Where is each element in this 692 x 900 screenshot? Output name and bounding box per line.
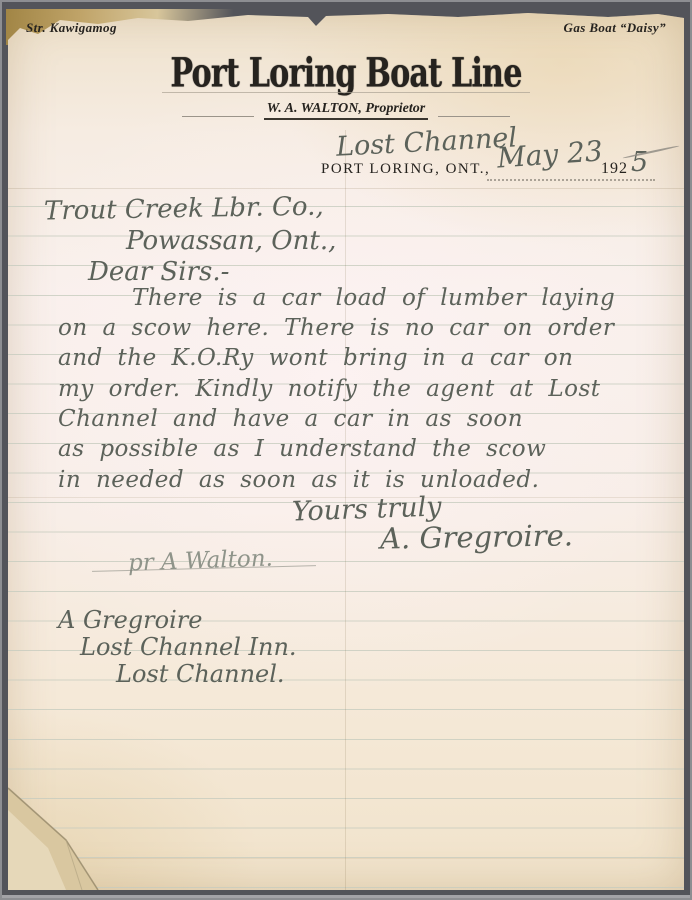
printed-place-line: PORT LORING, ONT.,: [321, 161, 490, 178]
letterhead-vessel-left: Str. Kawigamog: [26, 20, 117, 36]
printed-year-prefix: 192: [601, 160, 628, 178]
scanned-letter-page: Str. Kawigamog Gas Boat “Daisy” Port Lor…: [0, 0, 692, 900]
body-line-2: on a scow here. There is no car on order: [58, 315, 674, 341]
proprietor-rule-left: [182, 116, 254, 117]
letter-content: Str. Kawigamog Gas Boat “Daisy” Port Lor…: [0, 0, 692, 900]
body-line-3: and the K.O.Ry wont bring in a car on: [58, 345, 674, 371]
countersignature-walton: pr A Walton.: [128, 545, 274, 576]
letterhead-vessel-right: Gas Boat “Daisy”: [564, 20, 666, 36]
body-line-6: as possible as I understand the scow: [58, 436, 674, 462]
proprietor-rule-right: [438, 116, 510, 117]
proprietor-row: W. A. WALTON, Proprietor: [0, 101, 692, 120]
body-line-5: Channel and have a car in as soon: [58, 406, 674, 432]
signature-gregroire: A. Gregroire.: [380, 518, 574, 555]
notation-place: Lost Channel.: [116, 660, 285, 688]
notation-inn: Lost Channel Inn.: [80, 633, 297, 661]
body-line-4: my order. Kindly notify the agent at Los…: [58, 376, 674, 402]
company-name: Port Loring Boat Line: [55, 49, 636, 96]
proprietor-line: W. A. WALTON, Proprietor: [264, 101, 428, 120]
handwritten-place: Lost Channel: [335, 122, 517, 162]
masthead-rule: [162, 92, 530, 93]
notation-name: A Gregroire: [58, 606, 202, 634]
body-line-1: There is a car load of lumber laying: [58, 285, 692, 311]
recipient-company: Trout Creek Lbr. Co.,: [44, 192, 324, 227]
recipient-town: Powassan, Ont.,: [126, 226, 336, 256]
salutation: Dear Sirs.-: [88, 257, 229, 287]
body-line-7: in needed as soon as it is unloaded.: [58, 467, 674, 493]
